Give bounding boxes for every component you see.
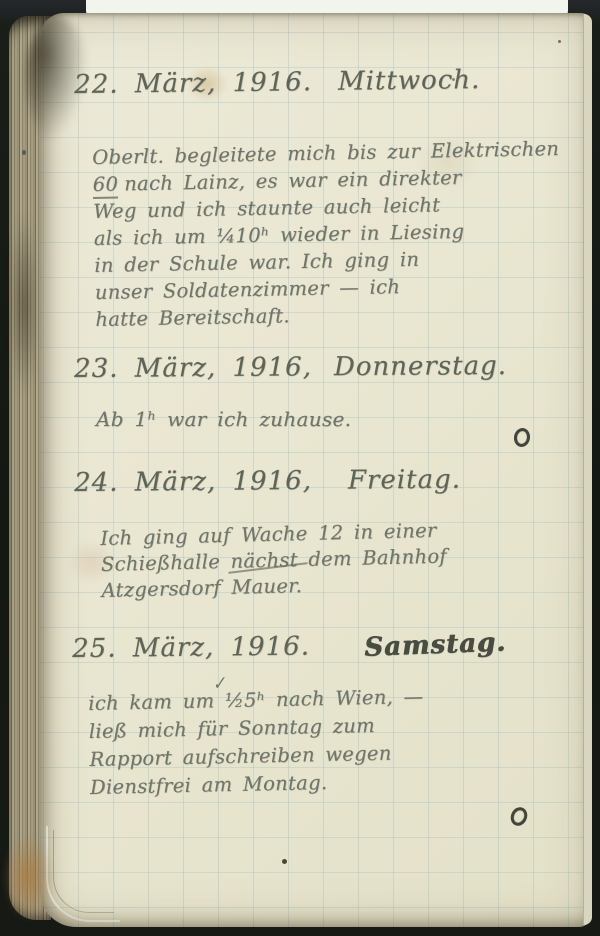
- diary-entry: ich kam um ½5ʰ nach Wien, — ließ mich fü…: [88, 683, 425, 802]
- page-right-edge: [583, 14, 592, 925]
- entry-weekday: Freitag.: [348, 465, 461, 496]
- entry-weekday: Donnerstag.: [334, 351, 507, 382]
- dark-smudge: [10, 210, 38, 400]
- diary-entry: Ich ging auf Wache 12 in einer Schießhal…: [100, 518, 448, 604]
- entry-weekday: Samstag.: [363, 627, 506, 662]
- speck: [22, 150, 26, 155]
- entry-date: 24. März, 1916,: [74, 466, 312, 498]
- diary-entry: Ab 1ʰ war ich zuhause.: [96, 406, 351, 433]
- entry-heading: 24. März, 1916,Freitag.: [74, 465, 461, 498]
- corner-sheet-edges-inner: [53, 830, 114, 913]
- speck: [282, 859, 287, 864]
- entry-date: 25. März, 1916.: [72, 632, 310, 664]
- corner-sheet-edges: [46, 826, 120, 922]
- entry-date: 22. März, 1916.: [74, 67, 312, 100]
- handwriting-line: Ab 1ʰ war ich zuhause.: [96, 406, 351, 433]
- entry-heading: 23. März, 1916,Donnerstag.: [74, 351, 507, 384]
- underlined-number: 60: [93, 173, 119, 199]
- entry-date: 23. März, 1916,: [74, 352, 312, 384]
- binding-blotch: [4, 834, 52, 920]
- speck: [558, 40, 561, 43]
- diary-entry: Oberlt. begleitete mich bis zur Elektris…: [92, 135, 563, 333]
- entry-weekday: Mittwoch.: [338, 65, 481, 97]
- entry-heading: 25. März, 1916.Samstag.: [72, 629, 506, 664]
- photograph-background: { "colors": { "paper": "#e9e6d1", "grid_…: [0, 0, 600, 936]
- entry-heading: 22. März, 1916.Mittwoch.: [74, 65, 480, 100]
